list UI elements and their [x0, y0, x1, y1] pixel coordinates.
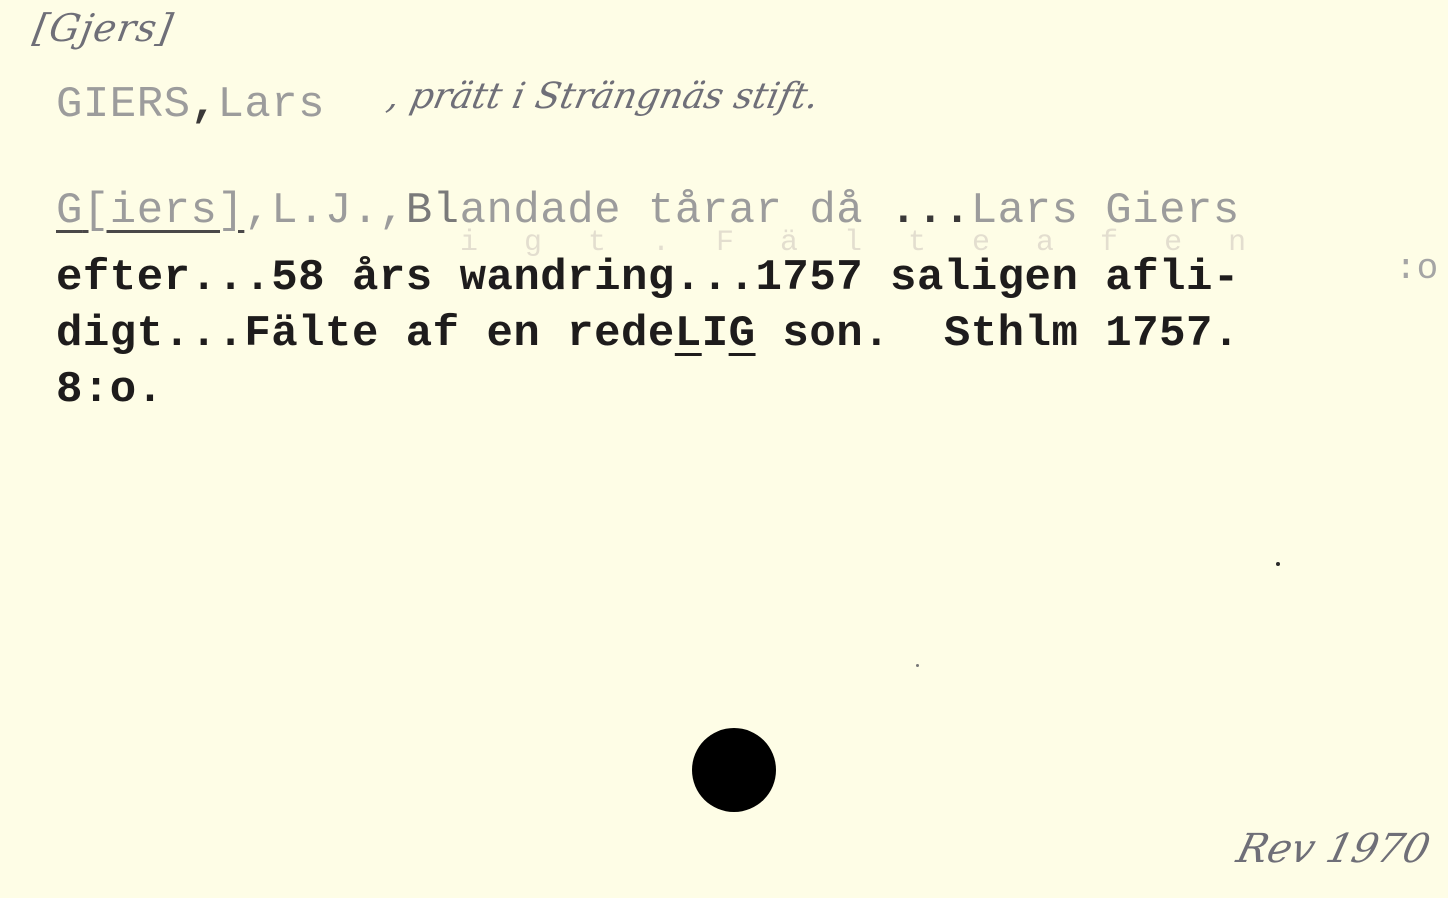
body-line-2: digt...Fälte af en redeLIG son. Sthlm 17…	[56, 306, 1240, 362]
title-start: Bl	[406, 186, 460, 236]
body-line-1: efter...58 års wandring...1757 saligen a…	[56, 250, 1240, 306]
author-initials: ,L.J.,	[244, 186, 405, 236]
body-text: efter...58 års wandring...1757 saligen a…	[56, 250, 1240, 418]
heading-surname: GIERS	[56, 80, 191, 130]
handwritten-header: [Gjers]	[30, 6, 177, 50]
catalog-card: [Gjers] GIERS,Lars , prätt i Strängnäs s…	[0, 0, 1448, 898]
heading-line: GIERS,Lars	[56, 80, 325, 130]
punch-hole	[692, 728, 776, 812]
handwritten-heading-note: , prätt i Strängnäs stift.	[384, 76, 823, 117]
ghost-offset-text-right: :o	[1395, 248, 1438, 289]
title-ellipsis: ...	[890, 186, 971, 236]
heading-given-name: Lars	[217, 80, 325, 130]
heading-comma: ,	[191, 80, 218, 130]
ink-speck	[1276, 562, 1280, 566]
title-text: andade tårar då	[460, 186, 890, 236]
title-end: Lars Giers	[971, 186, 1240, 236]
author-title-line: G[iers],L.J.,Blandade tårar då ...Lars G…	[56, 186, 1240, 236]
underlined-letter-g: G	[729, 309, 756, 359]
author-initial: G[iers]	[56, 186, 244, 236]
ink-speck	[916, 664, 919, 667]
revision-note: Rev 1970	[1232, 826, 1434, 872]
body-line-3: 8:o.	[56, 362, 1240, 418]
underlined-letter-l: L	[675, 309, 702, 359]
author-bracketed-name: [iers]	[83, 186, 244, 236]
